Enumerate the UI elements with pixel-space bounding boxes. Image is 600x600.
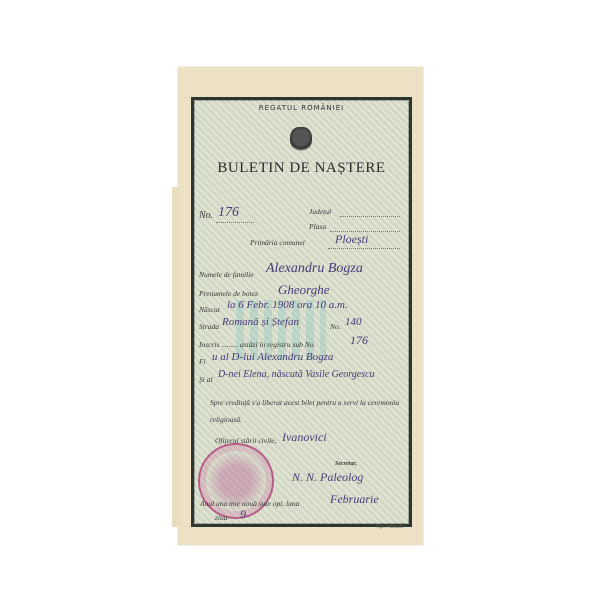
and-of-value: D-nei Elena, născută Vasile Georgescu bbox=[218, 369, 375, 380]
given-name-value: Gheorghe bbox=[278, 282, 330, 298]
street-no-label: No. bbox=[330, 322, 341, 331]
given-name-label: Prenumele de botez bbox=[199, 289, 258, 298]
surname-value: Alexandru Bogza bbox=[266, 261, 363, 277]
register-label: Inscris ......... astăzi în registru sub… bbox=[199, 340, 315, 349]
street-no-value: 140 bbox=[345, 316, 362, 328]
coat-of-arms-icon bbox=[290, 127, 312, 153]
number-value: 176 bbox=[218, 205, 239, 221]
rule bbox=[340, 216, 400, 217]
rule bbox=[216, 222, 254, 223]
and-of-label: Și al bbox=[199, 375, 213, 384]
officer-signature: Ivanovici bbox=[282, 430, 327, 445]
day-label: ziua bbox=[215, 513, 228, 522]
purpose-text: Spre credință s'a liberat acest bilet pe… bbox=[210, 394, 405, 428]
day-value: 9 bbox=[240, 507, 246, 522]
plasa-label: Plasa bbox=[309, 222, 326, 231]
surname-label: Numele de familie bbox=[199, 270, 254, 279]
register-value: 176 bbox=[350, 333, 368, 348]
rule bbox=[328, 248, 400, 249]
torn-edge bbox=[172, 187, 180, 527]
primaria-label: Primăria comunei bbox=[250, 238, 305, 247]
secretary-signature: N. N. Paleolog bbox=[292, 470, 363, 485]
secretary-label: Secretar, bbox=[335, 461, 357, 467]
son-of-label: Fi bbox=[199, 357, 206, 366]
street-value: Romană și Ștefan bbox=[222, 316, 299, 328]
born-label: Născut bbox=[199, 305, 220, 314]
judet-label: Județul bbox=[309, 207, 331, 216]
number-label: No. bbox=[199, 210, 213, 221]
month-value: Februarie bbox=[330, 492, 379, 507]
street-label: Strada bbox=[199, 322, 219, 331]
document-title: BULETIN DE NAȘTERE bbox=[191, 160, 412, 177]
printer-mark: Tip. Ploesti bbox=[376, 524, 403, 530]
primaria-value: Ploești bbox=[335, 232, 368, 247]
born-value: la 6 Febr. 1908 ora 10 a.m. bbox=[227, 299, 348, 311]
year-line: Anul una mie nouă sute opt, luna bbox=[200, 499, 299, 508]
header-kingdom: REGATUL ROMÂNIEI bbox=[191, 104, 412, 112]
son-of-value: u al D-lui Alexandru Bogza bbox=[212, 351, 333, 363]
